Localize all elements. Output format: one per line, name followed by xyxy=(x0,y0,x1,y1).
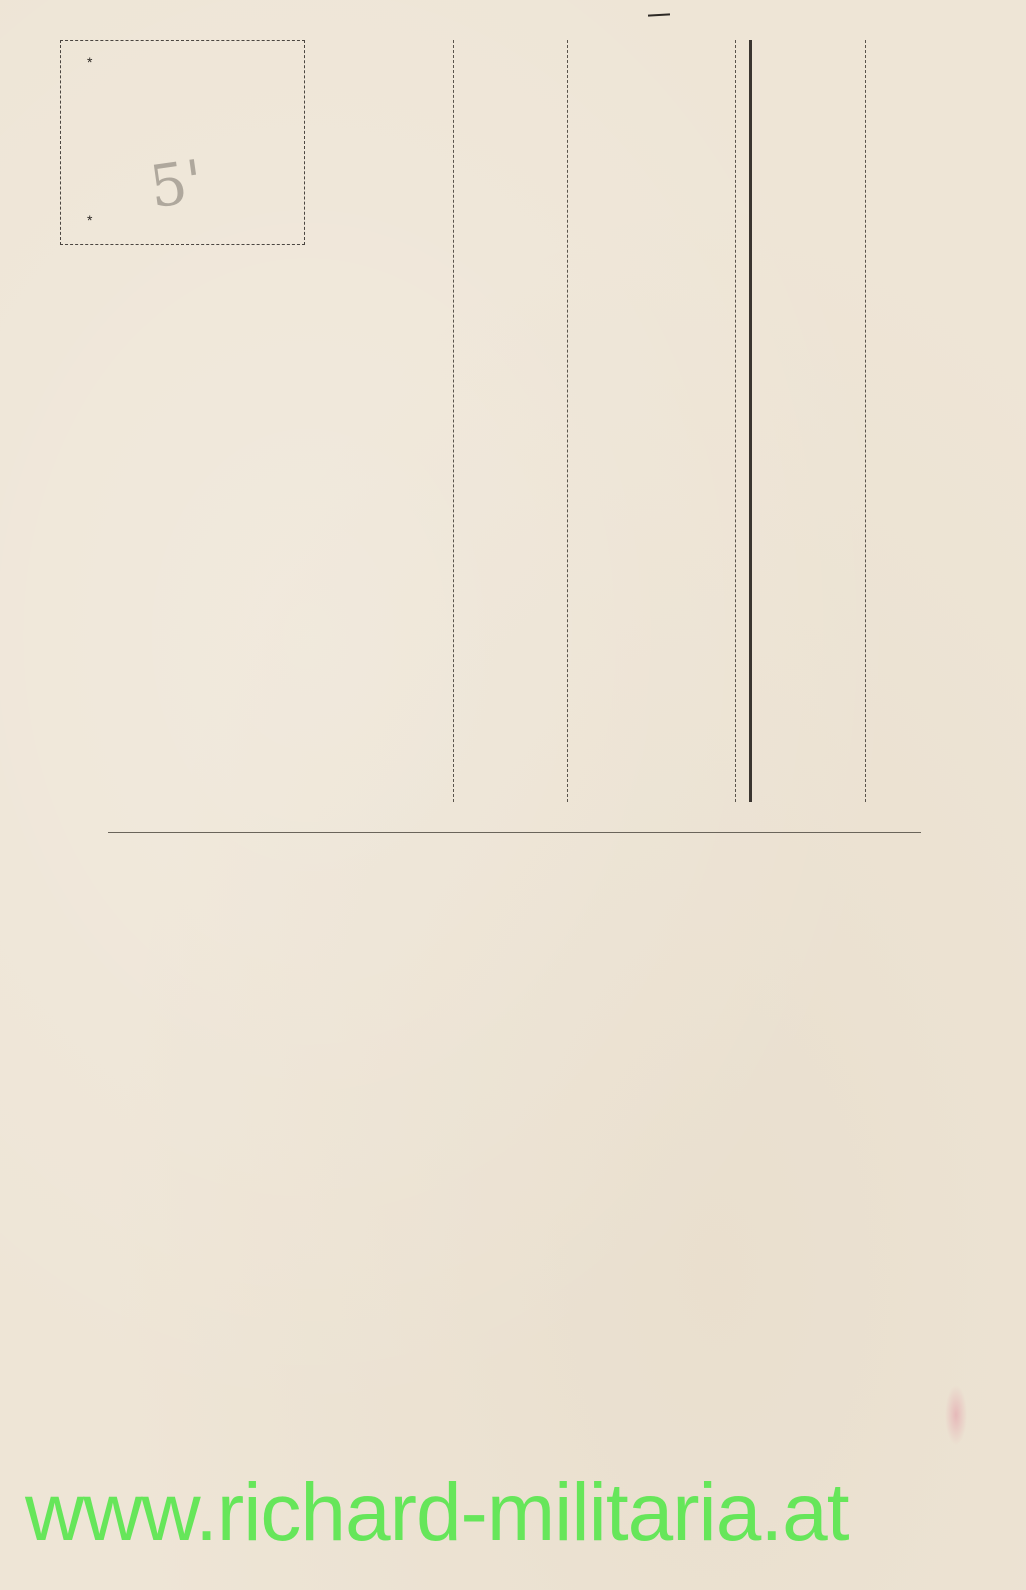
pencil-note: 5' xyxy=(146,147,208,222)
postcard-back: * * 5' www.richard-militaria.at xyxy=(0,0,1026,1590)
address-divider-line xyxy=(453,40,454,802)
ink-mark xyxy=(648,13,670,16)
address-divider-line xyxy=(735,40,736,802)
horizontal-divider-line xyxy=(108,832,921,833)
address-divider-line xyxy=(865,40,866,802)
address-divider-line xyxy=(567,40,568,802)
star-icon: * xyxy=(87,55,92,69)
watermark-text: www.richard-militaria.at xyxy=(25,1472,849,1554)
star-icon: * xyxy=(87,213,92,227)
stain-mark xyxy=(945,1385,967,1445)
address-divider-solid-line xyxy=(749,40,752,802)
